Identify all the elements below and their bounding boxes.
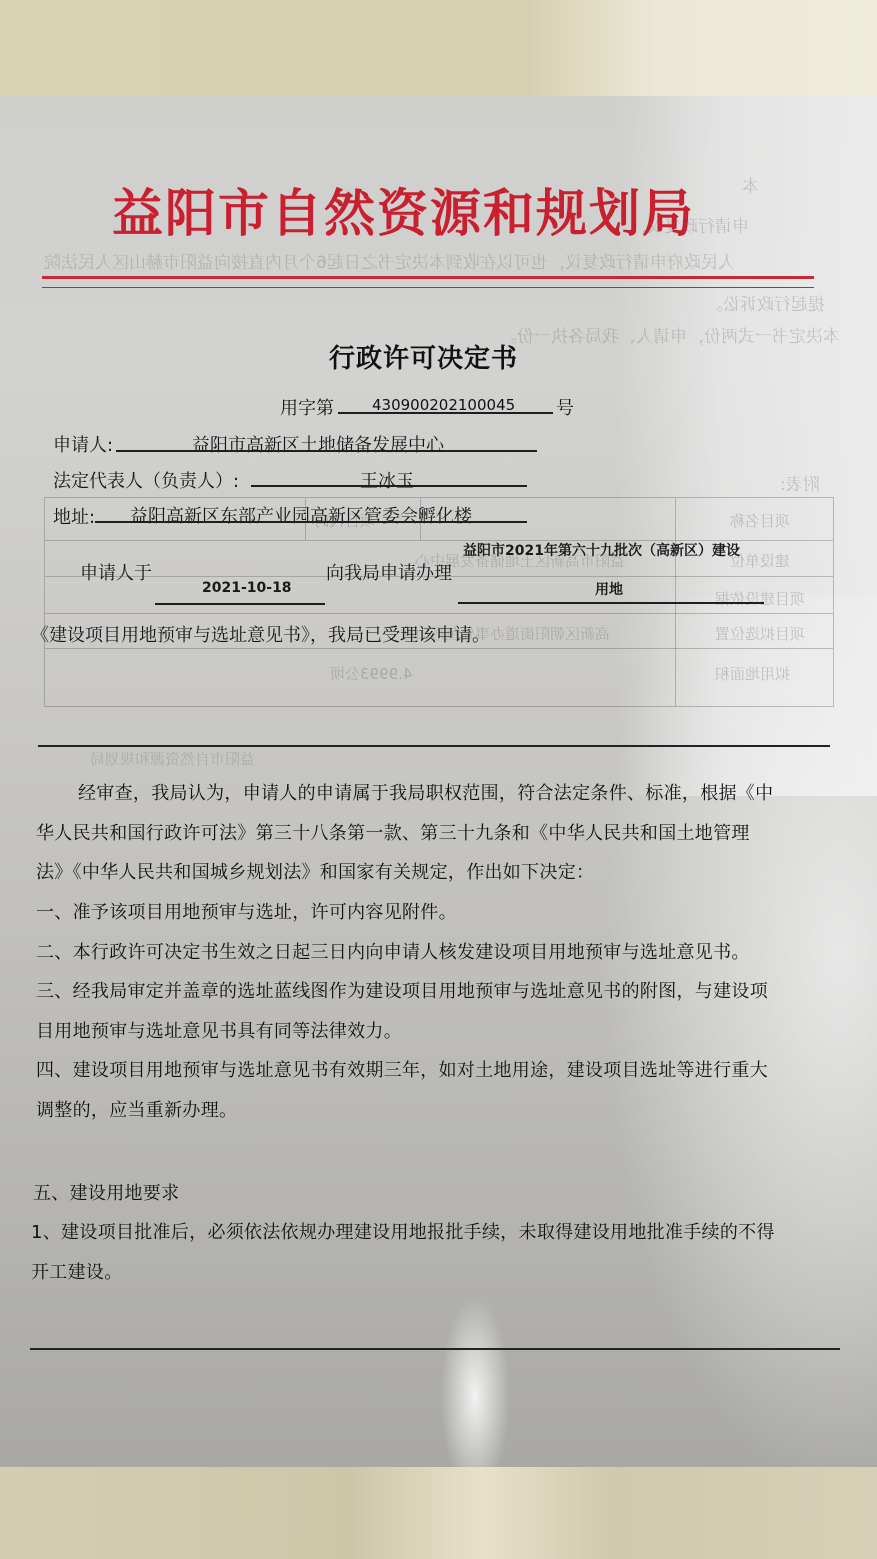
- show-through-text: 本: [742, 172, 759, 197]
- section5-line: 开工建设。: [31, 1258, 123, 1284]
- section5-heading: 五、建设用地要求: [33, 1179, 179, 1205]
- doc-number-suffix: 号: [556, 394, 574, 420]
- application-date: 2021-10-18: [202, 580, 292, 596]
- decision-paragraph-line: 经审查，我局认为，申请人的申请属于我局职权范围，符合法定条件、标准，根据《中: [78, 779, 773, 805]
- applicant-label: 申请人:: [53, 431, 113, 457]
- decision-paragraph-line: 法》《中华人民共和国城乡规划法》和国家有关规定，作出如下决定：: [36, 858, 594, 884]
- decision-item: 四、建设项目用地预审与选址意见书有效期三年，如对土地用途，建设项目选址等进行重大: [36, 1056, 768, 1082]
- header-rule-thin: [42, 287, 814, 288]
- decision-item: 目用地预审与选址意见书具有同等法律效力。: [36, 1017, 402, 1043]
- document-title: 行政许可决定书: [329, 338, 518, 375]
- legal-rep-label: 法定代表人（负责人）:: [53, 467, 239, 493]
- separator-line: [38, 745, 830, 747]
- show-through-text: 益阳市自然资源和规划局: [90, 748, 255, 769]
- show-through-text: 本决定书一式两份，申请人、我局各执一份。: [500, 322, 840, 347]
- legal-rep-value: 王冰玉: [360, 467, 414, 493]
- agency-header: 益阳市自然资源和规划局: [112, 172, 695, 246]
- lighting-overlay: [440, 1296, 510, 1467]
- underline: [251, 485, 527, 487]
- applicant-value: 益阳市高新区土地储备发展中心: [192, 431, 444, 457]
- section5-line: 1、建设项目批准后，必须依法依规办理建设用地报批手续，未取得建设用地批准手续的不…: [31, 1218, 775, 1244]
- underline: [458, 602, 764, 604]
- decision-item: 二、本行政许可决定书生效之日起三日内向申请人核发建设项目用地预审与选址意见书。: [36, 938, 750, 964]
- decision-item: 调整的，应当重新办理。: [36, 1096, 237, 1122]
- application-middle: 向我局申请办理: [326, 559, 452, 585]
- show-through-text: 附表:: [780, 470, 820, 495]
- application-closing: 《建设项目用地预审与选址意见书》，我局已受理该申请。: [31, 621, 490, 647]
- underline: [155, 603, 325, 605]
- decision-item: 三、经我局审定并盖章的选址蓝线图作为建设项目用地预审与选址意见书的附图，与建设项: [36, 977, 768, 1003]
- desk-background-top: [0, 0, 877, 96]
- address-value: 益阳高新区东部产业园高新区管委会孵化楼: [130, 502, 472, 528]
- desk-background-bottom: [0, 1467, 877, 1559]
- header-rule-thick: [42, 276, 814, 279]
- show-through-text: 人民政府申请行政复议，也可以在收到本决定书之日起6个月内直接向益阳市赫山区人民法…: [44, 248, 735, 273]
- project-name-line1: 益阳市2021年第六十九批次（高新区）建设: [463, 540, 740, 560]
- project-name-line2: 用地: [595, 579, 623, 599]
- lighting-overlay: [600, 596, 877, 1467]
- underline: [95, 521, 527, 523]
- doc-number-prefix: 用字第: [280, 394, 334, 420]
- decision-item: 一、准予该项目用地预审与选址，许可内容见附件。: [36, 898, 457, 924]
- underline: [116, 450, 537, 452]
- separator-line: [30, 1348, 840, 1350]
- address-label: 地址:: [53, 503, 95, 529]
- underline: [338, 412, 553, 414]
- decision-paragraph-line: 华人民共和国行政许可法》第三十八条第一款、第三十九条和《中华人民共和国土地管理: [36, 819, 750, 845]
- show-through-text: 提起行政诉讼。: [706, 290, 825, 315]
- application-prefix: 申请人于: [80, 559, 152, 585]
